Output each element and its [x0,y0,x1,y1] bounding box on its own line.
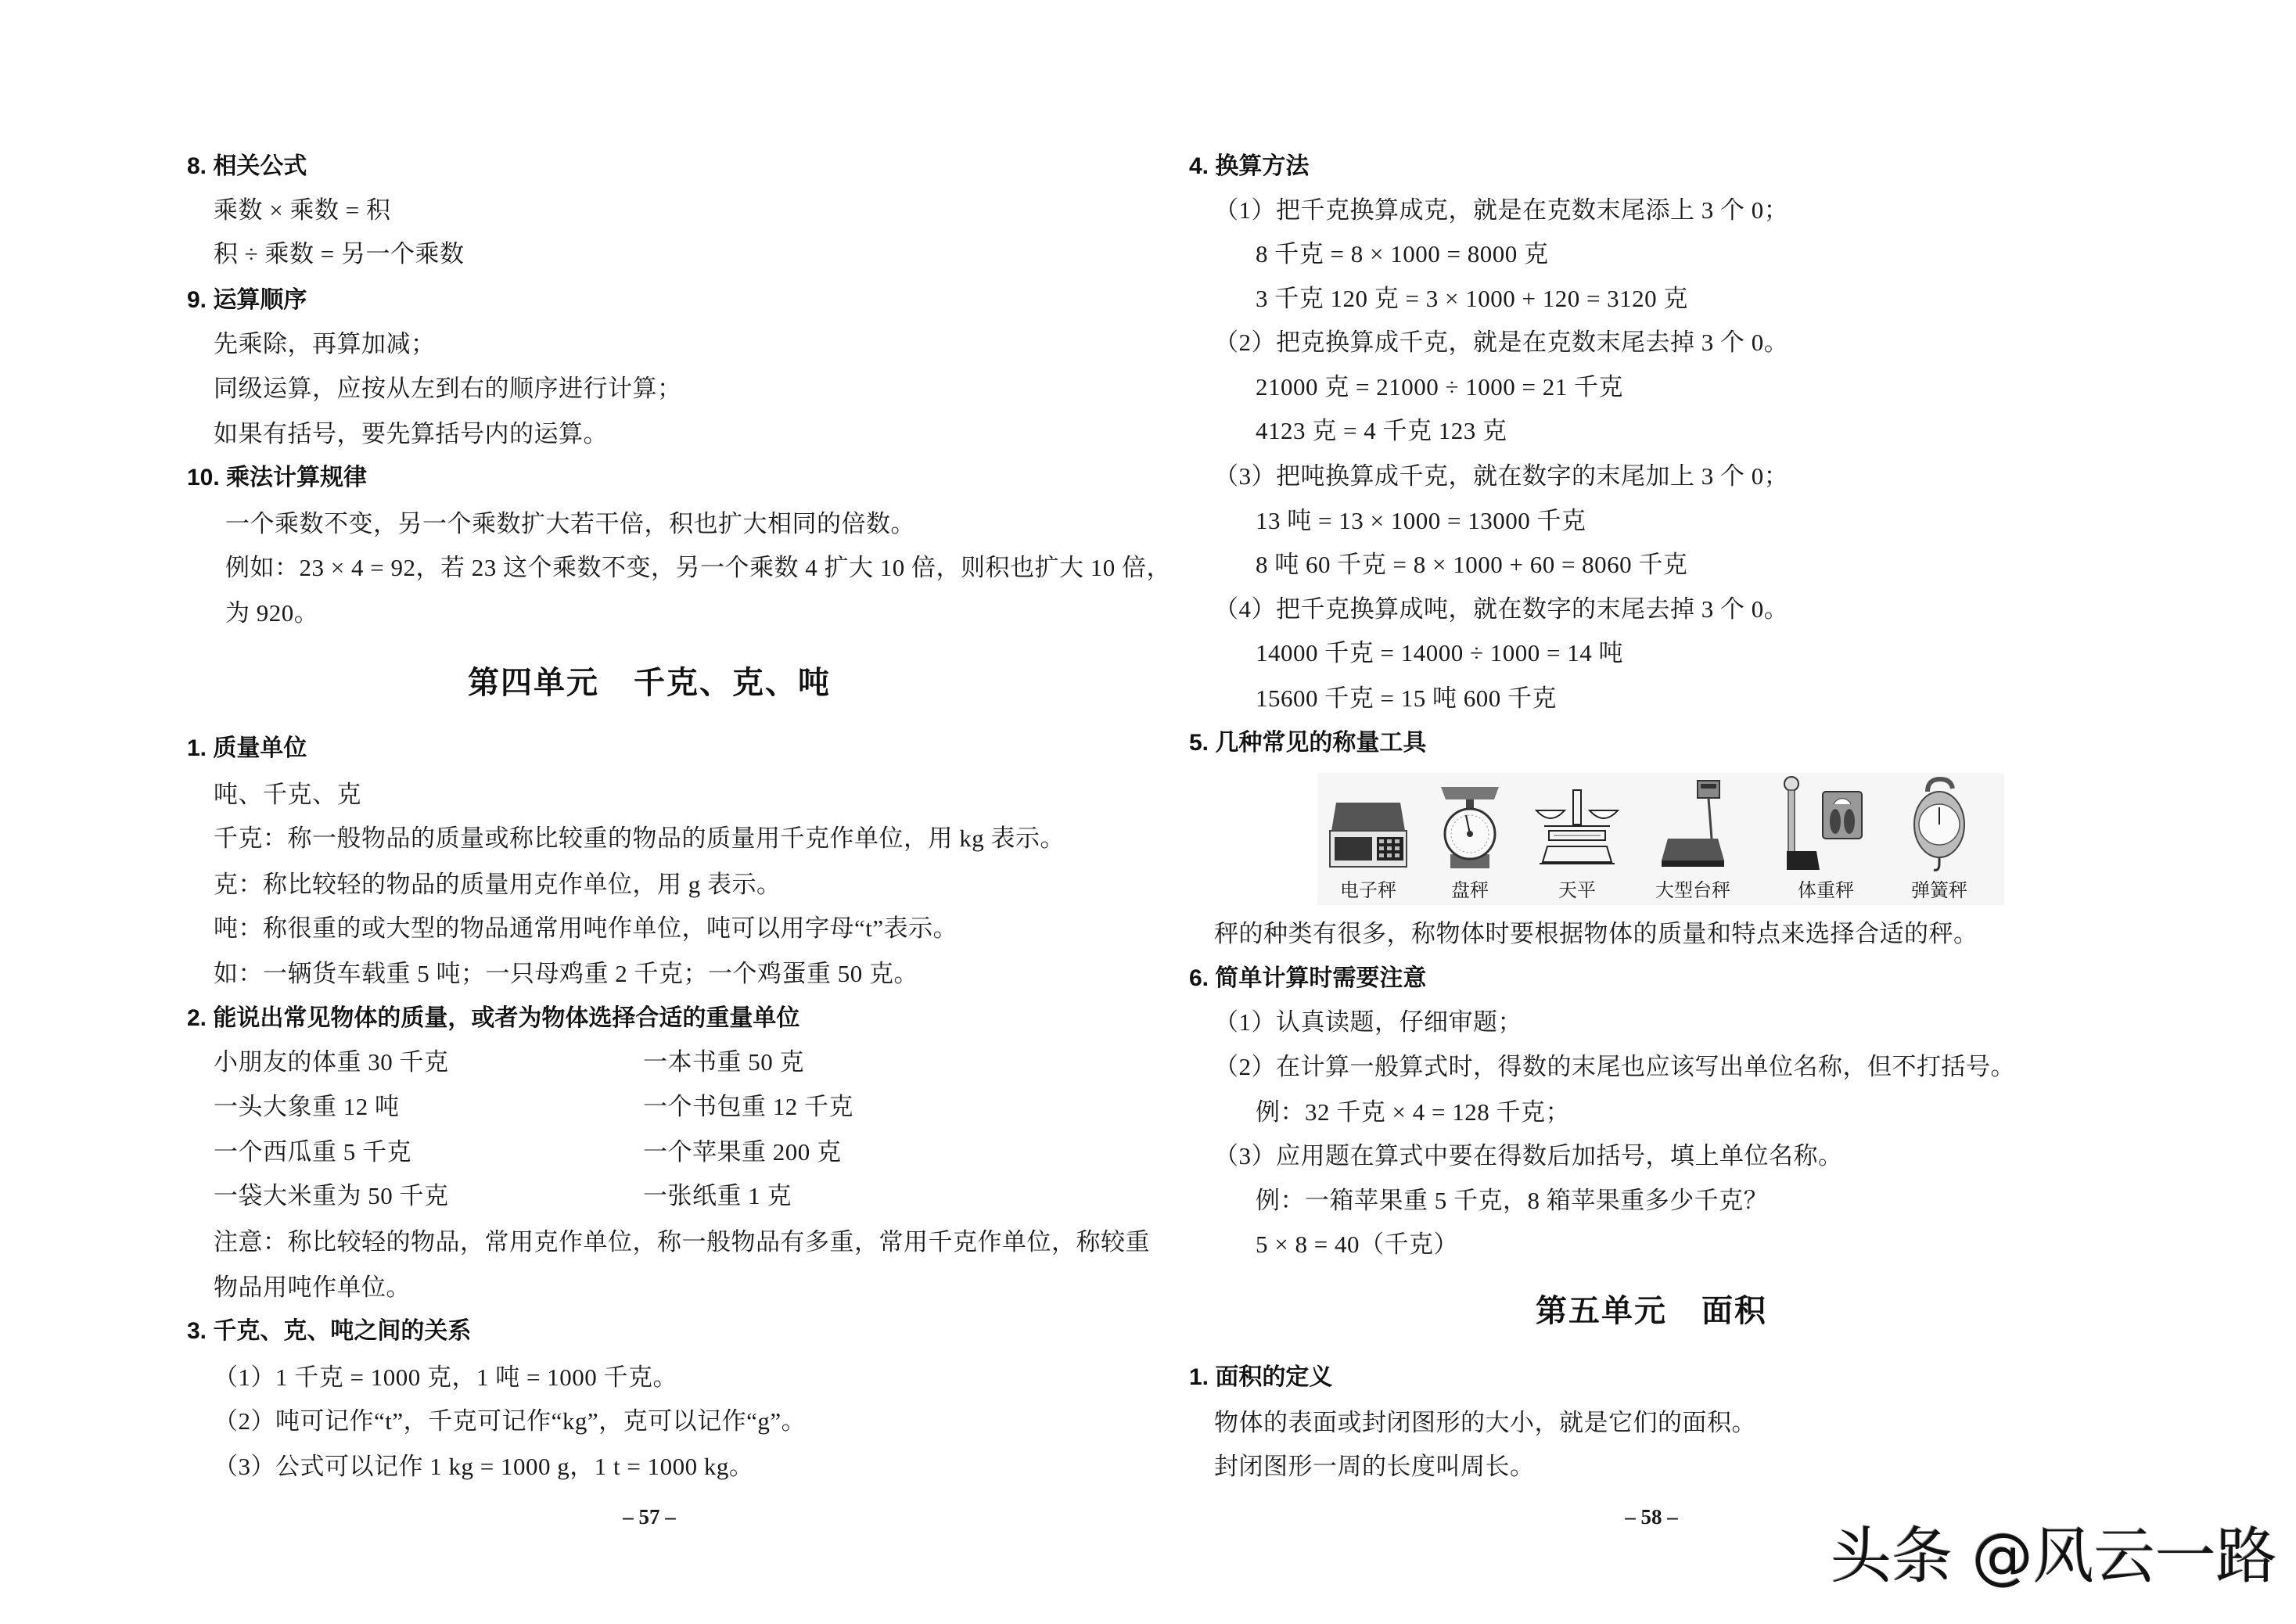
formula-line: 积 ÷ 乘数 = 另一个乘数 [214,239,465,270]
scale-label: 天平 [1558,878,1596,902]
example-line: 8 吨 60 千克 = 8 × 1000 + 60 = 8060 千克 [1256,549,1687,580]
text-line: 如：一辆货车载重 5 吨；一只母鸡重 2 千克；一个鸡蛋重 50 克。 [214,958,918,990]
example-right: 一本书重 50 克 [643,1047,804,1078]
example-line: 4123 克 = 4 千克 123 克 [1256,415,1507,447]
text-line: 一个乘数不变，另一个乘数扩大若干倍，积也扩大相同的倍数。 [225,508,915,540]
rule-line: （4）把千克换算成吨，就在数字的末尾去掉 3 个 0。 [1214,594,1788,625]
text-line: （1）1 千克 = 1000 克，1 吨 = 1000 千克。 [214,1362,677,1393]
electronic-scale-icon [1325,776,1411,870]
text-line: 克：称比较轻的物品的质量用克作单位，用 g 表示。 [214,869,782,900]
unit-5-topic: 面积 [1701,1294,1767,1328]
dial-platform-scale-icon [1435,776,1505,871]
text-line: （3）公式可以记作 1 kg = 1000 g，1 t = 1000 kg。 [214,1451,753,1482]
text-line: （2）在计算一般算式时，得数的末尾也应该写出单位名称，但不打括号。 [1214,1051,2015,1083]
text-line: 先乘除，再算加减； [214,329,436,360]
example-line: 15600 千克 = 15 吨 600 千克 [1256,683,1557,714]
text-line: （1）认真读题，仔细审题； [1214,1007,1522,1038]
weighing-tools-figure: 电子秤 盘秤 [1317,773,2004,905]
section-heading-10: 10. 乘法计算规律 [187,462,367,494]
caption-line: 秤的种类有很多，称物体时要根据物体的质量和特点来选择合适的秤。 [1214,918,1978,950]
example-right: 一张纸重 1 克 [643,1180,792,1212]
text-line: 封闭图形一周的长度叫周长。 [1214,1451,1535,1482]
example-line: 例：32 千克 × 4 = 128 千克； [1256,1097,1570,1128]
page-number: – 57 – [623,1504,676,1530]
text-line: 物体的表面或封闭图形的大小，就是它们的面积。 [1214,1407,1756,1439]
unit-5-title: 第五单元面积 [1536,1291,1767,1331]
text-line: 同级运算，应按从左到右的顺序进行计算； [214,373,682,404]
page-57: 8. 相关公式 乘数 × 乘数 = 积 积 ÷ 乘数 = 另一个乘数 9. 运算… [0,0,1148,1624]
example-left: 一袋大米重为 50 千克 [214,1180,449,1212]
text-line: 吨：称很重的或大型的物品通常用吨作单位，吨可以用字母“t”表示。 [214,913,958,944]
platform-scale-icon [1646,776,1740,871]
body-weight-scale-icon [1779,776,1873,875]
scale-label: 弹簧秤 [1911,878,1967,902]
example-line: 例：一箱苹果重 5 千克，8 箱苹果重多少千克？ [1256,1185,1768,1216]
section-heading-3: 3. 千克、克、吨之间的关系 [187,1316,471,1347]
example-left: 一头大象重 12 吨 [214,1091,400,1123]
scale-electronic: 电子秤 [1325,773,1411,905]
page-number: – 58 – [1625,1504,1678,1530]
rule-line: （3）把吨换算成千克，就在数字的末尾加上 3 个 0； [1214,461,1788,492]
rule-line: （2）把克换算成千克，就是在克数末尾去掉 3 个 0。 [1214,327,1788,358]
unit-4-topic: 千克、克、吨 [634,666,831,700]
text-line: （2）吨可记作“t”，千克可记作“kg”，克可以记作“g”。 [214,1406,806,1437]
text-line: 千克：称一般物品的质量或称比较重的物品的质量用千克作单位，用 kg 表示。 [214,823,1065,854]
scale-body-weight: 体重秤 [1779,773,1873,905]
section-heading-4: 4. 换算方法 [1189,151,1309,182]
example-line: 8 千克 = 8 × 1000 = 8000 克 [1256,239,1548,270]
unit-4-title: 第四单元千克、克、吨 [468,663,831,703]
watermark: 头条 @风云一路 [1831,1521,2277,1593]
unit-4-number: 第四单元 [468,666,599,700]
section-heading-9: 9. 运算顺序 [187,285,307,316]
section-heading-6: 6. 简单计算时需要注意 [1189,963,1426,994]
section-heading-1: 1. 质量单位 [187,733,307,764]
scale-label: 大型台秤 [1655,878,1730,902]
text-line: 吨、千克、克 [214,779,361,810]
rule-line: （1）把千克换算成克，就是在克数末尾添上 3 个 0； [1214,195,1788,226]
scale-label: 盘秤 [1451,878,1489,902]
scale-dial-platform: 盘秤 [1435,773,1505,905]
text-line: 例如：23 × 4 = 92，若 23 这个乘数不变，另一个乘数 4 扩大 10… [225,552,1171,584]
example-line: 13 吨 = 13 × 1000 = 13000 千克 [1256,505,1586,537]
example-left: 小朋友的体重 30 千克 [214,1047,449,1078]
scale-label: 体重秤 [1798,878,1854,902]
example-line: 14000 千克 = 14000 ÷ 1000 = 14 吨 [1256,638,1623,669]
note-line: 注意：称比较轻的物品，常用克作单位，称一般物品有多重，常用千克作单位，称较重 [214,1227,1150,1258]
example-line: 3 千克 120 克 = 3 × 1000 + 120 = 3120 克 [1256,283,1688,314]
section-heading-1-area: 1. 面积的定义 [1189,1362,1332,1393]
scale-platform: 大型台秤 [1646,773,1740,905]
scale-label: 电子秤 [1340,878,1396,902]
section-heading-2: 2. 能说出常见物体的质量，或者为物体选择合适的重量单位 [187,1003,799,1034]
section-heading-8: 8. 相关公式 [187,151,307,182]
example-line: 21000 克 = 21000 ÷ 1000 = 21 千克 [1256,372,1623,403]
scale-balance: 天平 [1530,773,1624,905]
unit-5-number: 第五单元 [1536,1294,1667,1328]
section-heading-5: 5. 几种常见的称量工具 [1189,728,1426,759]
example-line: 5 × 8 = 40（千克） [1256,1229,1458,1260]
example-left: 一个西瓜重 5 千克 [214,1137,411,1168]
text-line: 为 920。 [225,598,318,629]
text-line: （3）应用题在算式中要在得数后加括号，填上单位名称。 [1214,1141,1843,1172]
formula-line: 乘数 × 乘数 = 积 [214,195,390,226]
note-line: 物品用吨作单位。 [214,1272,411,1303]
text-line: 如果有括号，要先算括号内的运算。 [214,419,608,450]
example-right: 一个苹果重 200 克 [643,1137,842,1168]
scale-spring: 弹簧秤 [1896,773,1982,905]
spring-scale-icon [1896,776,1982,875]
page-58: 4. 换算方法 （1）把千克换算成克，就是在克数末尾添上 3 个 0； 8 千克… [1148,0,2296,1624]
example-right: 一个书包重 12 千克 [643,1091,853,1123]
balance-scale-icon [1530,776,1624,871]
